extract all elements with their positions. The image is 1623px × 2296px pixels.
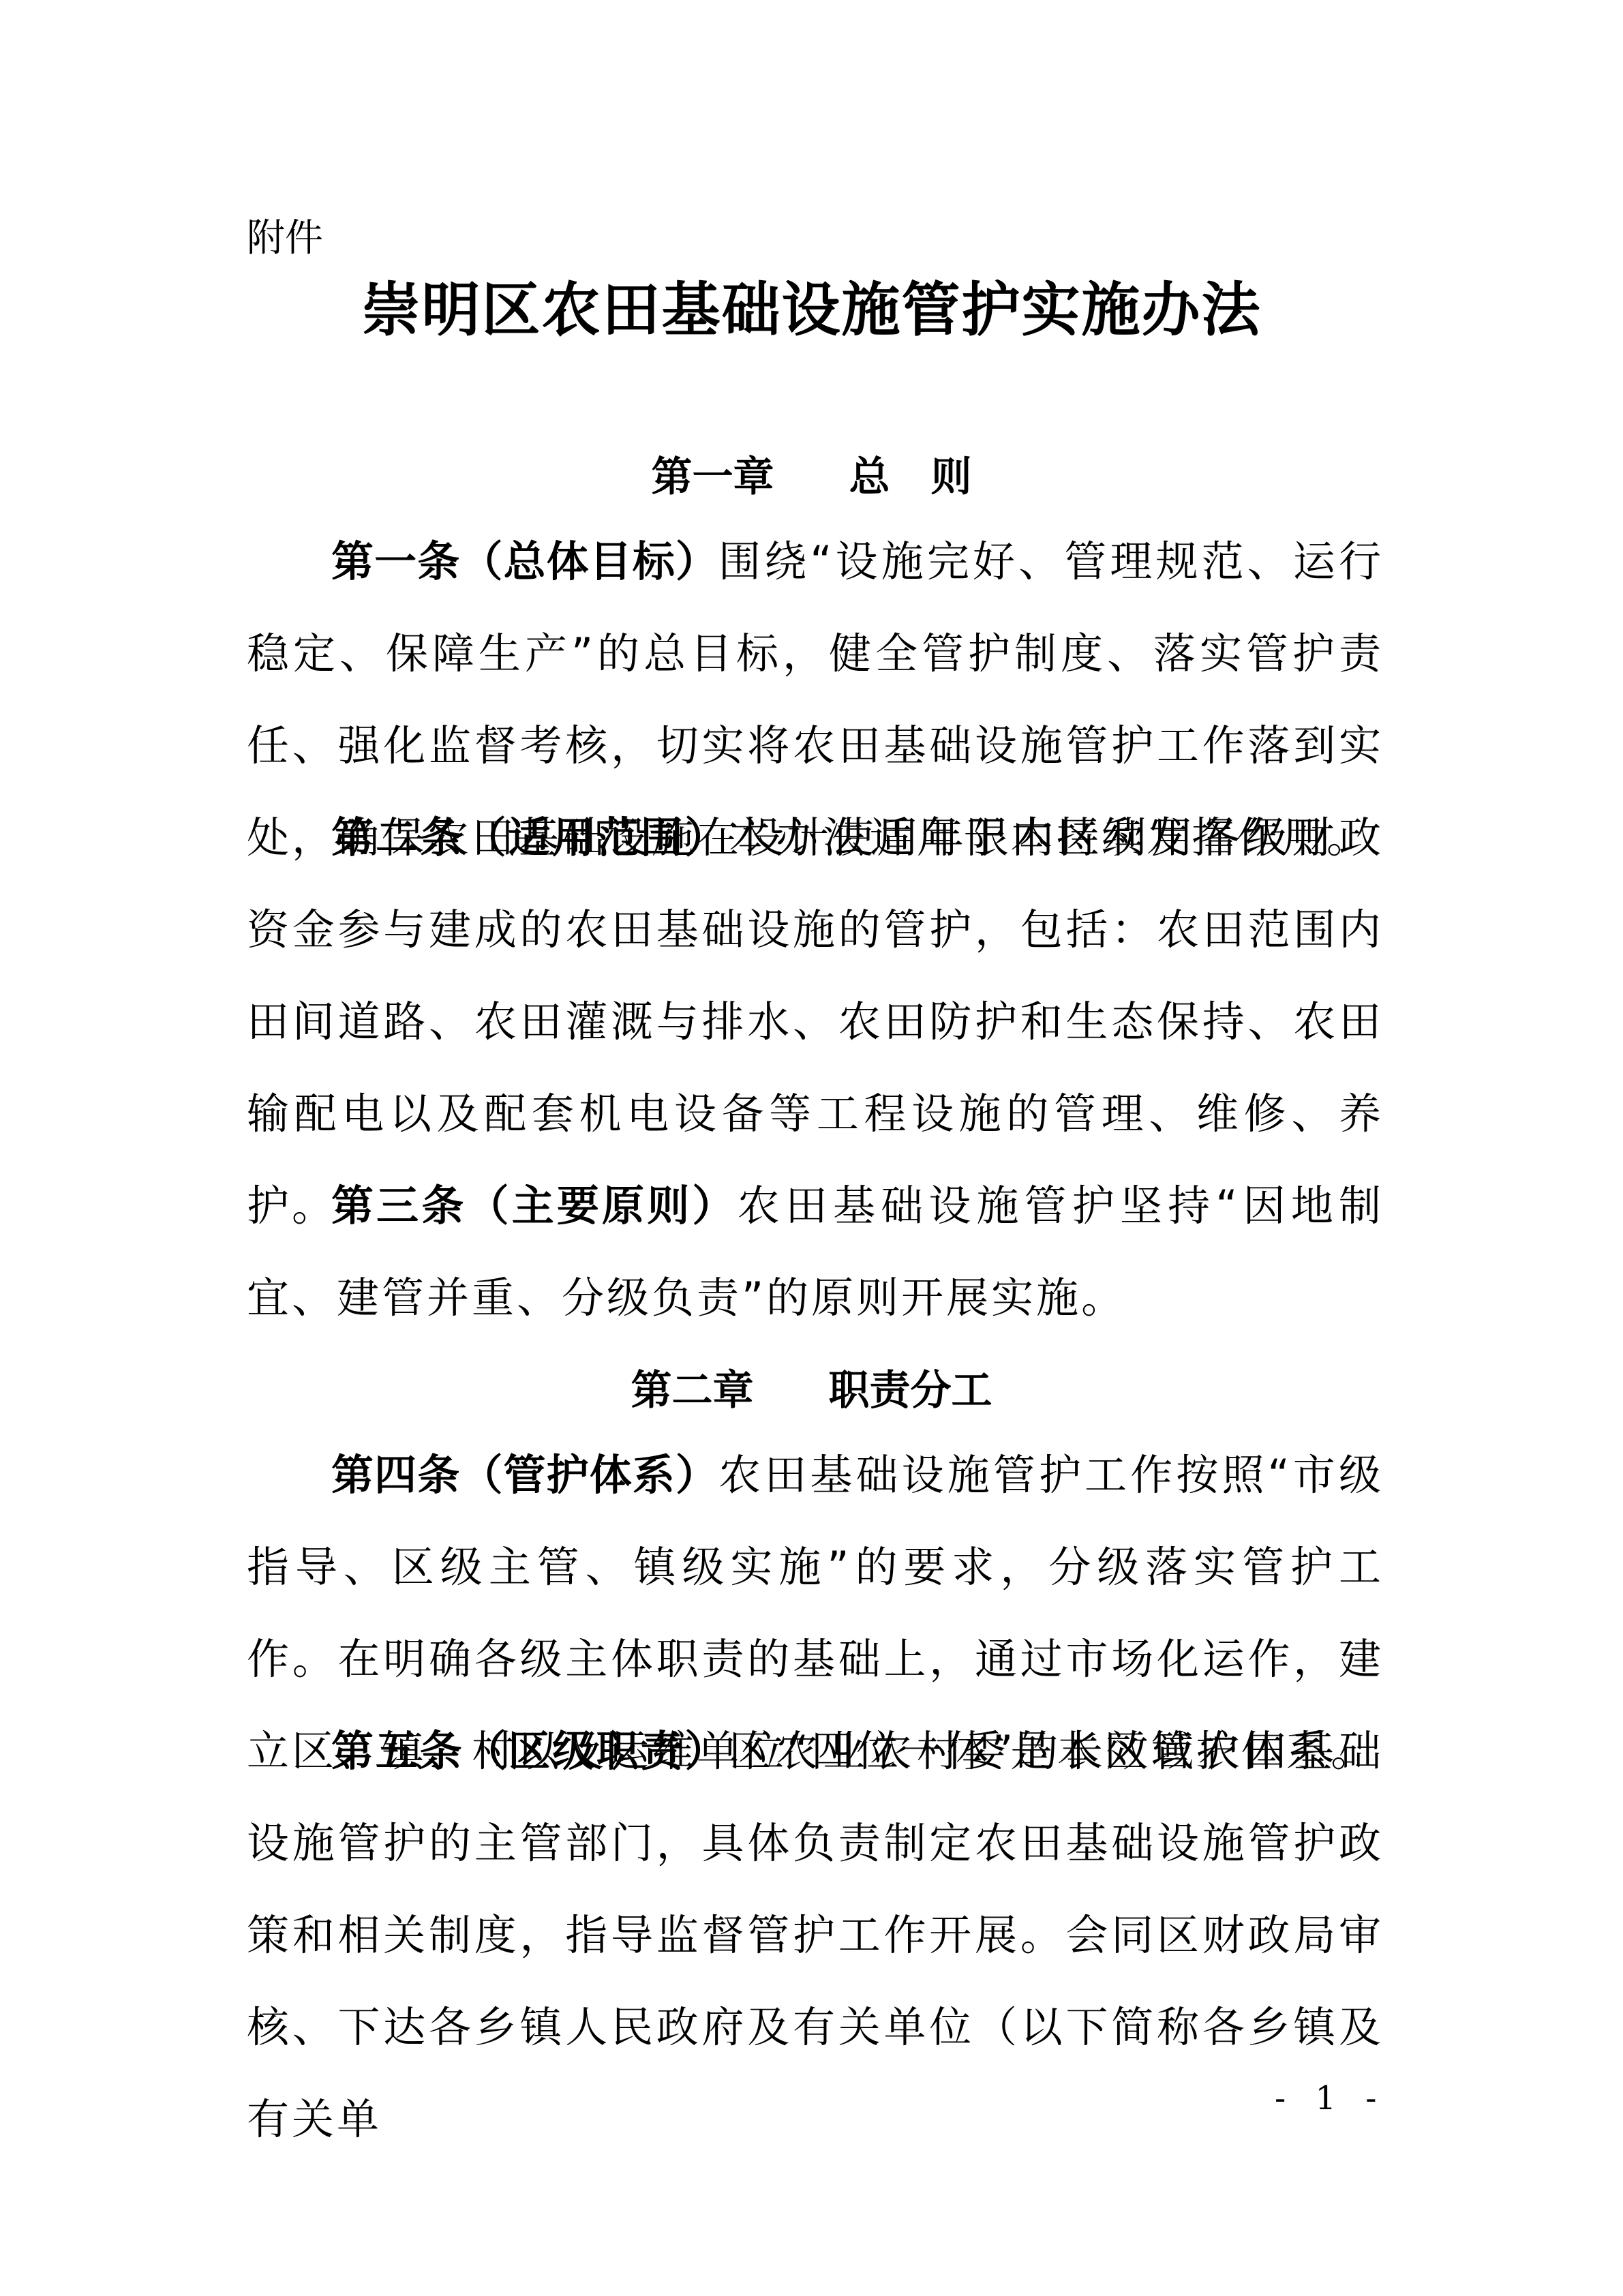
chapter-heading-2: 第二章职责分工 (0, 1363, 1623, 1418)
document-title: 崇明区农田基础设施管护实施办法 (0, 273, 1623, 348)
attachment-label: 附件 (247, 217, 323, 260)
chapter-name: 总 则 (849, 453, 972, 501)
article-lead: 第三条（主要原则） (331, 1181, 738, 1230)
article-lead: 第五条（区级职责） (331, 1726, 729, 1776)
article-lead: 第二条（适用范围） (331, 813, 729, 862)
article-3: 第三条（主要原则）农田基础设施管护坚持“因地制宜、建管并重、分级负责”的原则开展… (247, 1160, 1384, 1344)
chapter-number: 第二章 (631, 1367, 754, 1415)
article-5: 第五条（区级职责）区农业农村委是本区域农田基础设施管护的主管部门，具体负责制定农… (247, 1705, 1384, 2165)
document-page: 附件 崇明区农田基础设施管护实施办法 第一章总 则 第一条（总体目标）围绕“设施… (0, 0, 1623, 2296)
chapter-heading-1: 第一章总 则 (0, 450, 1623, 504)
article-lead: 第一条（总体目标） (331, 537, 718, 586)
chapter-name: 职责分工 (829, 1367, 992, 1415)
page-number: - 1 - (1275, 2078, 1386, 2119)
article-lead: 第四条（管护体系） (331, 1450, 718, 1500)
article-text: 区农业农村委是本区域农田基础设施管护的主管部门，具体负责制定农田基础设施管护政策… (247, 1726, 1384, 2144)
chapter-number: 第一章 (652, 453, 774, 501)
